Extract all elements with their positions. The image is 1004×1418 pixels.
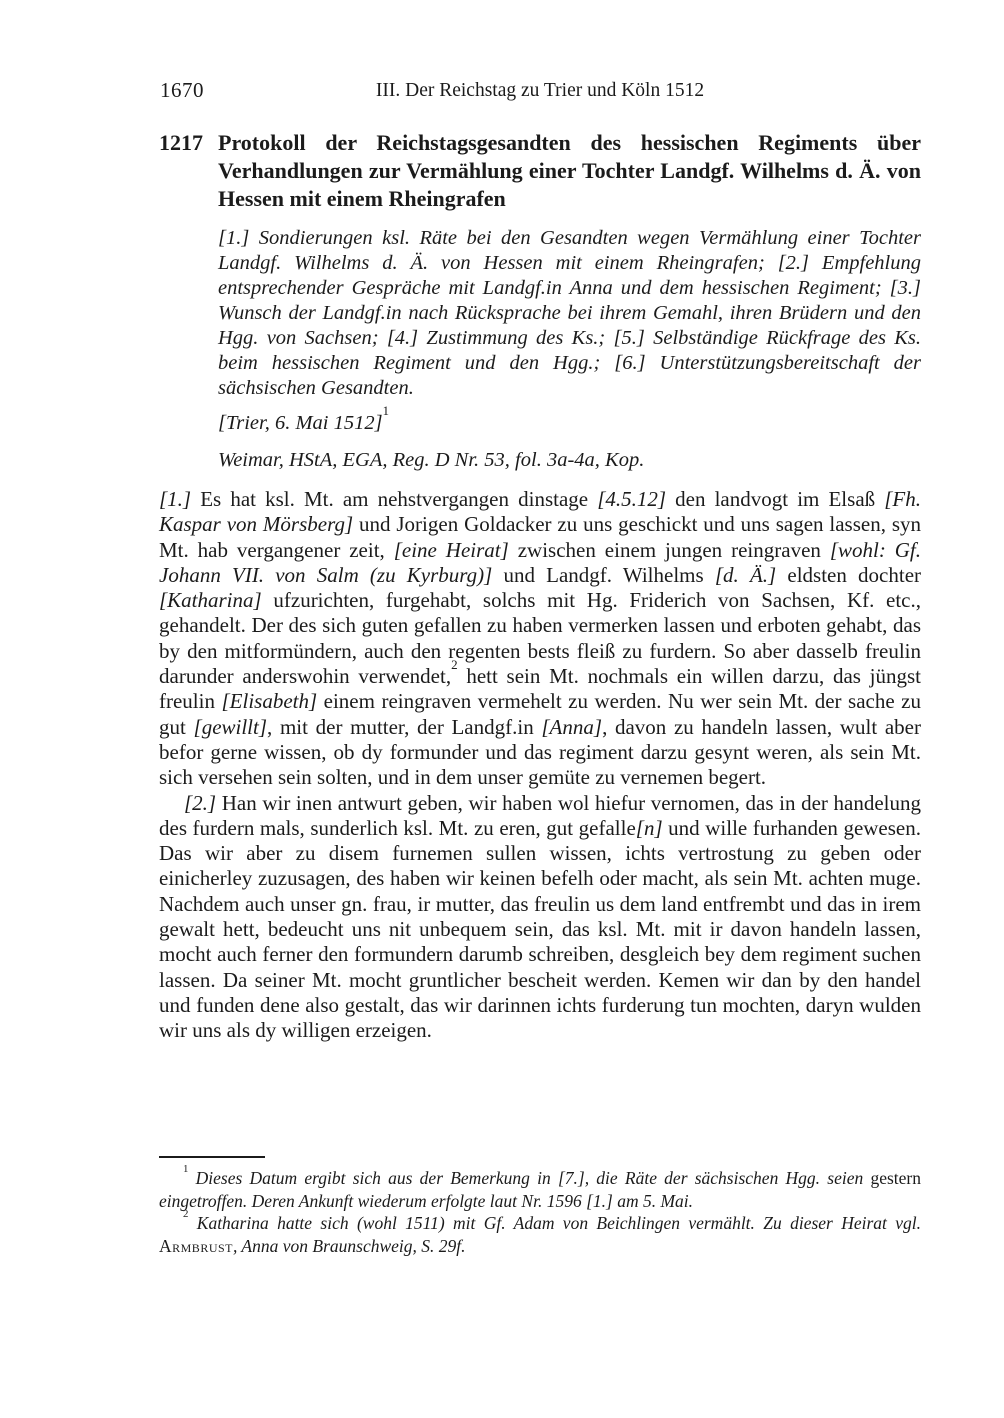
book-page: 1670 III. Der Reichstag zu Trier und Köl… — [0, 0, 1004, 1418]
entry-number: 1217 — [159, 129, 218, 213]
footnotes-section: 1 Dieses Datum ergibt sich aus der Bemer… — [159, 1156, 921, 1257]
dateline: [Trier, 6. Mai 1512]1 — [218, 411, 921, 436]
entry-title: Protokoll der Reichstagsgesandten des he… — [218, 129, 921, 213]
entry-heading: 1217 Protokoll der Reichstagsgesandten d… — [159, 129, 921, 213]
body-paragraph-2: [2.] Han wir inen antwurt geben, wir hab… — [159, 791, 921, 1044]
archival-source: Weimar, HStA, EGA, Reg. D Nr. 53, fol. 3… — [218, 448, 921, 473]
text-block: 1670 III. Der Reichstag zu Trier und Köl… — [159, 78, 921, 1044]
summary-text: [1.] Sondierungen ksl. Räte bei den Gesa… — [218, 226, 921, 401]
summary-block: [1.] Sondierungen ksl. Räte bei den Gesa… — [218, 226, 921, 473]
body-paragraph-1: [1.] Es hat ksl. Mt. am nehstvergangen d… — [159, 487, 921, 791]
footnote-separator-rule — [159, 1156, 265, 1158]
footnote-1: 1 Dieses Datum ergibt sich aus der Bemer… — [159, 1167, 921, 1212]
transcription-body: [1.] Es hat ksl. Mt. am nehstvergangen d… — [159, 487, 921, 1044]
page-header: 1670 III. Der Reichstag zu Trier und Köl… — [159, 78, 921, 104]
running-title: III. Der Reichstag zu Trier und Köln 151… — [159, 80, 921, 102]
footnote-2: 2 Katharina hatte sich (wohl 1511) mit G… — [159, 1212, 921, 1257]
